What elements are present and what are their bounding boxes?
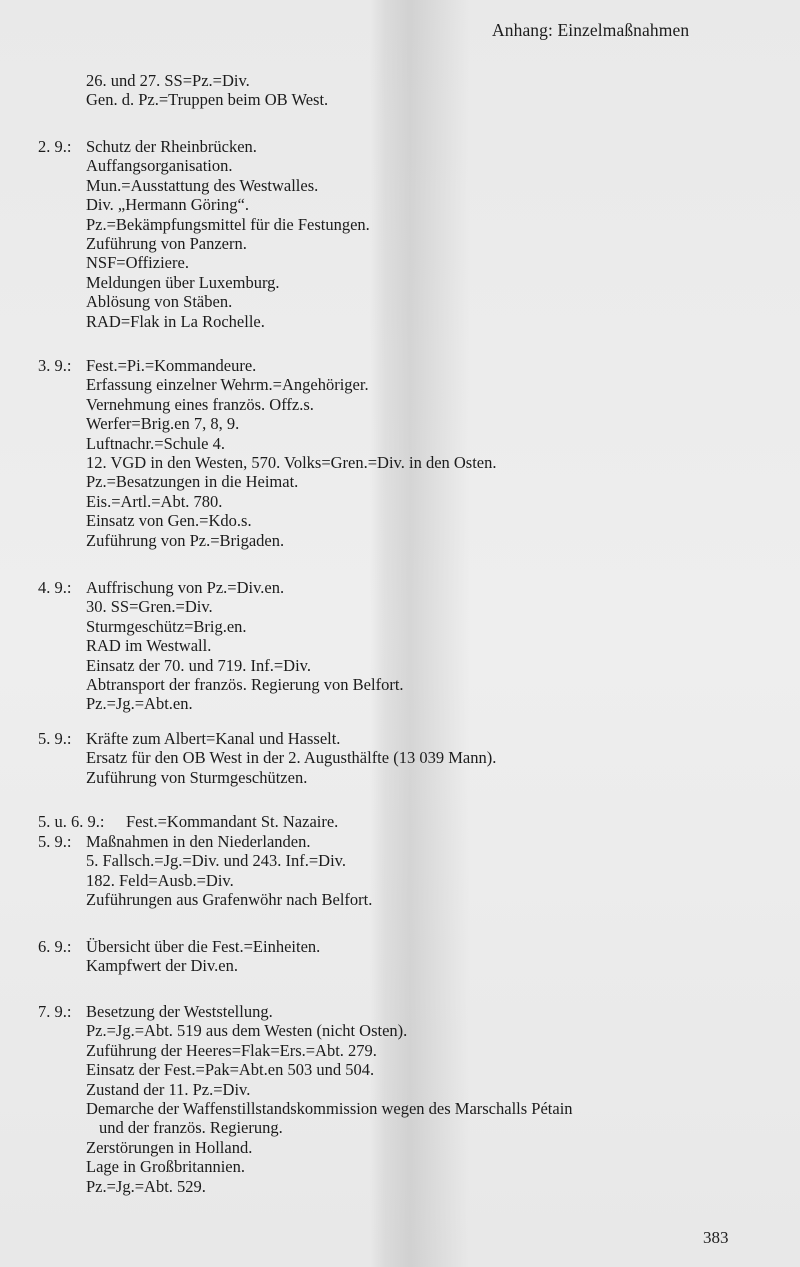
- entry-line: Pz.=Jg.=Abt. 529.: [86, 1177, 573, 1196]
- entry-line: Kräfte zum Albert=Kanal und Hasselt.: [86, 729, 496, 748]
- entry-line: Werfer=Brig.en 7, 8, 9.: [86, 414, 497, 433]
- entry-line-continuation: und der französ. Regierung.: [86, 1118, 573, 1137]
- entry-line: Zuführung der Heeres=Flak=Ers.=Abt. 279.: [86, 1041, 573, 1060]
- entry-line: RAD=Flak in La Rochelle.: [86, 312, 370, 331]
- entry-lines: Kräfte zum Albert=Kanal und Hasselt. Ers…: [86, 729, 496, 787]
- entry-line: Besetzung der Weststellung.: [86, 1002, 573, 1021]
- entry-line: Fest.=Pi.=Kommandeure.: [86, 356, 497, 375]
- entry-line: Eis.=Artl.=Abt. 780.: [86, 492, 497, 511]
- entry-line: Zerstörungen in Holland.: [86, 1138, 573, 1157]
- entry-line: Übersicht über die Fest.=Einheiten.: [86, 937, 320, 956]
- entry-line: 12. VGD in den Westen, 570. Volks=Gren.=…: [86, 453, 497, 472]
- entry-line: Zustand der 11. Pz.=Div.: [86, 1080, 573, 1099]
- page-number: 383: [703, 1228, 729, 1248]
- entry-lines: Besetzung der Weststellung. Pz.=Jg.=Abt.…: [86, 1002, 573, 1196]
- entry-line: Auffrischung von Pz.=Div.en.: [86, 578, 404, 597]
- entry-line: Demarche der Waffenstillstandskommission…: [86, 1099, 573, 1118]
- entry-date: 2. 9.:: [38, 137, 71, 157]
- entry-line: Erfassung einzelner Wehrm.=Angehöriger.: [86, 375, 497, 394]
- entry-line: Pz.=Bekämpfungsmittel für die Festungen.: [86, 215, 370, 234]
- entry-line: Zuführung von Pz.=Brigaden.: [86, 531, 497, 550]
- entry-date: 3. 9.:: [38, 356, 71, 376]
- entry-line: Div. „Hermann Göring“.: [86, 195, 370, 214]
- entry-line: Luftnachr.=Schule 4.: [86, 434, 497, 453]
- entry-line: Schutz der Rheinbrücken.: [86, 137, 370, 156]
- entry-line: Ablösung von Stäben.: [86, 292, 370, 311]
- entry-line: Einsatz der Fest.=Pak=Abt.en 503 und 504…: [86, 1060, 573, 1079]
- entry-lines: Fest.=Pi.=Kommandeure. Erfassung einzeln…: [86, 356, 497, 550]
- entry-lines: Schutz der Rheinbrücken. Auffangsorganis…: [86, 137, 370, 331]
- entry-line: Meldungen über Luxemburg.: [86, 273, 370, 292]
- book-page: Anhang: Einzelmaßnahmen 26. und 27. SS=P…: [0, 0, 800, 1267]
- entry-line: Mun.=Ausstattung des Westwalles.: [86, 176, 370, 195]
- entry-line: Zuführung von Panzern.: [86, 234, 370, 253]
- entry-line: Sturmgeschütz=Brig.en.: [86, 617, 404, 636]
- entry-line: Einsatz von Gen.=Kdo.s.: [86, 511, 497, 530]
- entry-date: 4. 9.:: [38, 578, 71, 598]
- entry-line: Vernehmung eines französ. Offz.s.: [86, 395, 497, 414]
- entry-line: Auffangsorganisation.: [86, 156, 370, 175]
- entry-line: RAD im Westwall.: [86, 636, 404, 655]
- entry-line: Pz.=Jg.=Abt.en.: [86, 694, 404, 713]
- entry-line: Zuführung von Sturmgeschützen.: [86, 768, 496, 787]
- entry-date: 5. 9.:: [38, 729, 71, 749]
- entry-lines: Maßnahmen in den Niederlanden. 5. Fallsc…: [86, 832, 372, 910]
- entry-line: 30. SS=Gren.=Div.: [86, 597, 404, 616]
- entry-line: Maßnahmen in den Niederlanden.: [86, 832, 372, 851]
- entry-line: Fest.=Kommandant St. Nazaire.: [126, 812, 338, 831]
- running-header: Anhang: Einzelmaßnahmen: [492, 20, 689, 41]
- entry-line: Pz.=Jg.=Abt. 519 aus dem Westen (nicht O…: [86, 1021, 573, 1040]
- entry-line: Kampfwert der Div.en.: [86, 956, 320, 975]
- entry-line: 5. Fallsch.=Jg.=Div. und 243. Inf.=Div.: [86, 851, 372, 870]
- entry-line: 26. und 27. SS=Pz.=Div.: [86, 71, 328, 90]
- entry-date: 5. u. 6. 9.:: [38, 812, 104, 832]
- entry-line: Abtransport der französ. Regierung von B…: [86, 675, 404, 694]
- entry-line: Ersatz für den OB West in der 2. Augusth…: [86, 748, 496, 767]
- entry-line: NSF=Offiziere.: [86, 253, 370, 272]
- entry-line: Pz.=Besatzungen in die Heimat.: [86, 472, 497, 491]
- entry-date: 6. 9.:: [38, 937, 71, 957]
- entry-lines: 26. und 27. SS=Pz.=Div. Gen. d. Pz.=Trup…: [86, 71, 328, 110]
- entry-lines: Übersicht über die Fest.=Einheiten. Kamp…: [86, 937, 320, 976]
- entry-lines: Auffrischung von Pz.=Div.en. 30. SS=Gren…: [86, 578, 404, 714]
- entry-line: 182. Feld=Ausb.=Div.: [86, 871, 372, 890]
- entry-line: Zuführungen aus Grafenwöhr nach Belfort.: [86, 890, 372, 909]
- entry-lines: Fest.=Kommandant St. Nazaire.: [126, 812, 338, 831]
- entry-date: 5. 9.:: [38, 832, 71, 852]
- entry-line: Lage in Großbritannien.: [86, 1157, 573, 1176]
- entry-line: Einsatz der 70. und 719. Inf.=Div.: [86, 656, 404, 675]
- entry-line: Gen. d. Pz.=Truppen beim OB West.: [86, 90, 328, 109]
- entry-date: 7. 9.:: [38, 1002, 71, 1022]
